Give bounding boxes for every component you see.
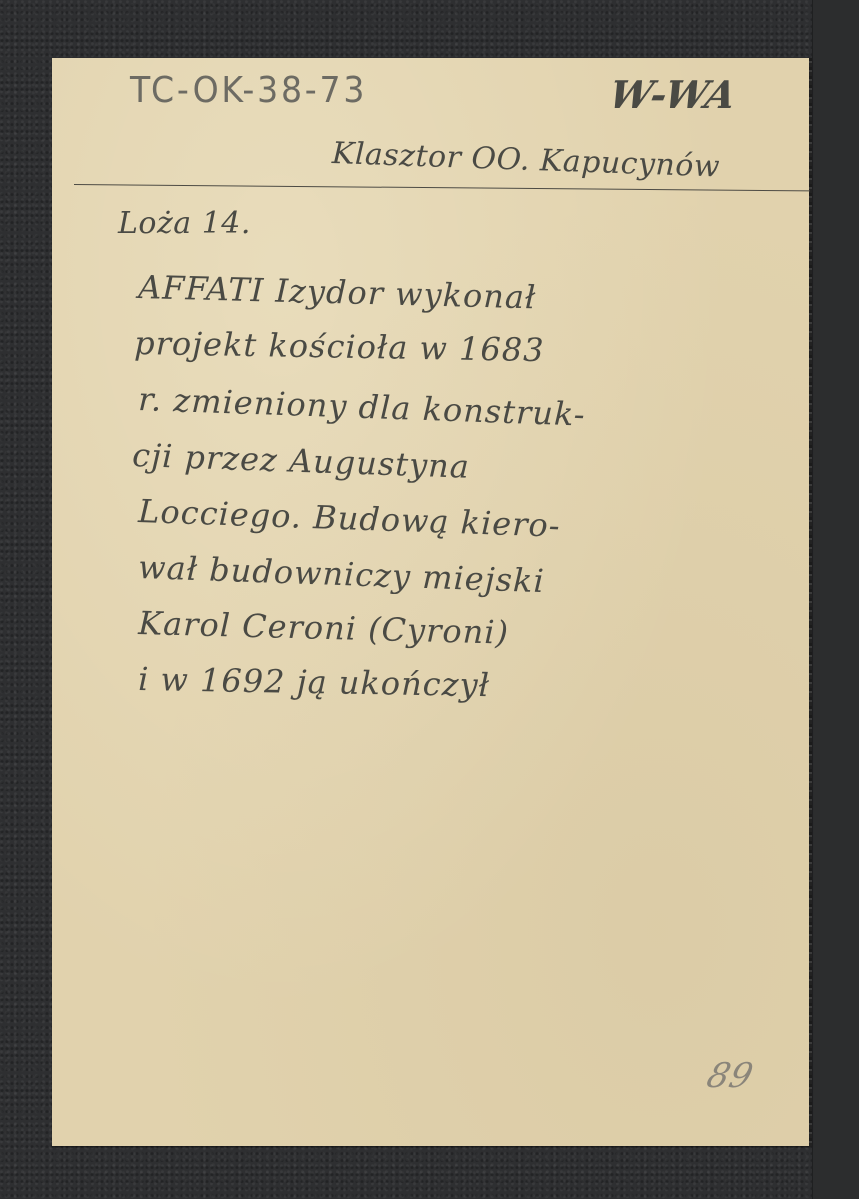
- lot-label: Loża 14.: [118, 206, 251, 241]
- archive-index-card: TC-OK-38-73 W-WA Klasztor OO. Kapucynów …: [52, 58, 810, 1146]
- header-divider: [74, 184, 810, 191]
- page-number: 89: [703, 1056, 758, 1096]
- background-strip: [812, 0, 859, 1199]
- card-body: AFFATI Izydor wykonał projekt kościoła w…: [138, 268, 798, 716]
- location-label: W-WA: [605, 72, 741, 117]
- torn-edge: [809, 58, 812, 1146]
- catalog-signature: TC-OK-38-73: [130, 70, 367, 111]
- institution-label: Klasztor OO. Kapucynów: [331, 136, 720, 185]
- body-line: projekt kościoła w 1683: [134, 324, 795, 392]
- body-line: i w 1692 ją ukończył: [138, 660, 799, 728]
